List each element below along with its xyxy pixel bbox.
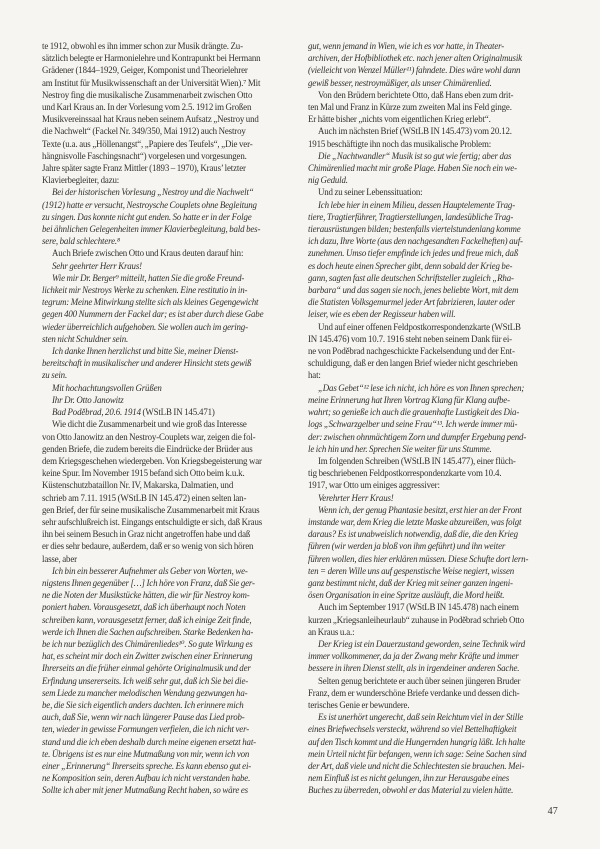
- paragraph: Mit hochachtungsvollen Grüßen: [42, 382, 299, 394]
- paragraph: Sehr geehrter Herr Kraus!: [42, 260, 299, 272]
- paragraph: Selten genug berichtete er auch über sei…: [308, 675, 565, 712]
- body-text: (WStLB IN 145.471): [143, 407, 215, 417]
- quoted-letter-text: Sehr geehrter Herr Kraus!: [52, 261, 142, 271]
- paragraph: Ihr Dr. Otto Janowitz: [42, 394, 299, 406]
- quoted-letter-text: Die „Nachtwandler“ Musik ist so gut wie …: [308, 151, 517, 185]
- quoted-letter-text: Ich bin ein besserer Aufnehmer als Geber…: [42, 566, 256, 796]
- quoted-letter-text: gut, wenn jemand in Wien, wie ich es vor…: [308, 41, 522, 88]
- body-text: Auch im nächsten Brief (WStLB IN 145.473…: [308, 126, 512, 148]
- paragraph: „Das Gebet“¹² lese ich nicht, ich höre e…: [308, 382, 565, 455]
- paragraph: Von den Brüdern berichtete Otto, daß Han…: [308, 89, 565, 126]
- quoted-letter-text: Ihr Dr. Otto Janowitz: [52, 395, 124, 405]
- paragraph: Und zu seiner Lebenssituation:: [308, 186, 565, 198]
- paragraph: Ich danke Ihnen herzlichst und bitte Sie…: [42, 345, 299, 382]
- paragraph: Wenn ich, der genug Phantasie besitzt, e…: [308, 504, 565, 602]
- paragraph: Bei der historischen Vorlesung „Nestroy …: [42, 186, 299, 247]
- right-column: gut, wenn jemand in Wien, wie ich es vor…: [308, 40, 565, 797]
- paragraph: Der Krieg ist ein Dauerzustand geworden,…: [308, 638, 565, 675]
- paragraph: Es ist unerhört ungerecht, daß sein Reic…: [308, 711, 565, 796]
- quoted-letter-text: Ich lebe hier in einem Milieu, dessen Ha…: [308, 200, 523, 320]
- left-column: te 1912, obwohl es ihn immer schon zur M…: [42, 40, 299, 797]
- paragraph: Und auf einer offenen Feldpostkorrespond…: [308, 321, 565, 382]
- body-text: Von den Brüdern berichtete Otto, daß Han…: [308, 90, 513, 124]
- quoted-letter-text: Bei der historischen Vorlesung „Nestroy …: [42, 187, 260, 246]
- quoted-letter-text: Verehrter Herr Kraus!: [318, 493, 394, 503]
- paragraph: Verehrter Herr Kraus!: [308, 492, 565, 504]
- quoted-letter-text: Es ist unerhört ungerecht, daß sein Reic…: [308, 712, 526, 795]
- quoted-letter-text: Der Krieg ist ein Dauerzustand geworden,…: [308, 639, 525, 673]
- body-text: te 1912, obwohl es ihn immer schon zur M…: [42, 41, 260, 185]
- page-number: 47: [548, 806, 558, 817]
- paragraph: Auch im September 1917 (WStLB IN 145.478…: [308, 601, 565, 638]
- body-text: Und auf einer offenen Feldpostkorrespond…: [308, 322, 521, 381]
- quoted-letter-text: Wenn ich, der genug Phantasie besitzt, e…: [308, 505, 528, 600]
- body-text: Im folgenden Schreiben (WStLB IN 145.477…: [308, 456, 516, 490]
- quoted-letter-text: Mit hochachtungsvollen Grüßen: [52, 383, 162, 393]
- body-text: Auch Briefe zwischen Otto und Kraus deut…: [52, 248, 243, 258]
- paragraph: Ich lebe hier in einem Milieu, dessen Ha…: [308, 199, 565, 321]
- paragraph: Im folgenden Schreiben (WStLB IN 145.477…: [308, 455, 565, 492]
- text-columns: te 1912, obwohl es ihn immer schon zur M…: [42, 40, 565, 797]
- body-text: Und zu seiner Lebenssituation:: [318, 187, 422, 197]
- paragraph: te 1912, obwohl es ihn immer schon zur M…: [42, 40, 299, 186]
- paragraph: Ich bin ein besserer Aufnehmer als Geber…: [42, 565, 299, 797]
- paragraph: Auch Briefe zwischen Otto und Kraus deut…: [42, 247, 299, 259]
- body-text: Selten genug berichtete er auch über sei…: [308, 676, 520, 710]
- quoted-letter-text: Bad Poděbrad, 20.6. 1914: [52, 407, 143, 417]
- quoted-letter-text: „Das Gebet“¹² lese ich nicht, ich höre e…: [308, 383, 526, 454]
- quoted-letter-text: Ich danke Ihnen herzlichst und bitte Sie…: [42, 346, 251, 380]
- book-page: te 1912, obwohl es ihn immer schon zur M…: [0, 0, 600, 849]
- paragraph: Wie mir Dr. Berger⁹ mitteilt, hatten Sie…: [42, 272, 299, 345]
- paragraph: Bad Poděbrad, 20.6. 1914 (WStLB IN 145.4…: [42, 406, 299, 418]
- paragraph: gut, wenn jemand in Wien, wie ich es vor…: [308, 40, 565, 89]
- body-text: Auch im September 1917 (WStLB IN 145.478…: [308, 602, 524, 636]
- body-text: Wie dicht die Zusammenarbeit und wie gro…: [42, 419, 262, 563]
- paragraph: Auch im nächsten Brief (WStLB IN 145.473…: [308, 125, 565, 149]
- paragraph: Die „Nachtwandler“ Musik ist so gut wie …: [308, 150, 565, 187]
- paragraph: Wie dicht die Zusammenarbeit und wie gro…: [42, 418, 299, 564]
- quoted-letter-text: Wie mir Dr. Berger⁹ mitteilt, hatten Sie…: [42, 273, 263, 344]
